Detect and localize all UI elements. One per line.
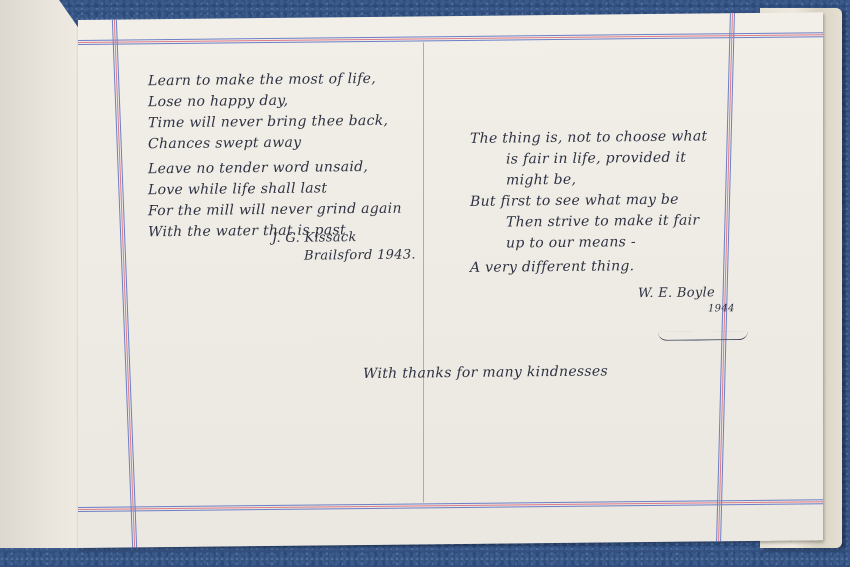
poem-line: But first to see what may be — [470, 191, 707, 214]
left-margin-rule — [112, 20, 138, 548]
footer-note: With thanks for many kindnesses — [363, 363, 608, 382]
poem-line: might be, — [470, 170, 707, 193]
center-rule — [423, 42, 424, 502]
poem-line: The thing is, not to choose what — [470, 128, 707, 151]
left-signature: J. G. Kissack — [272, 230, 357, 246]
poem-line: For the mill will never grind again — [148, 201, 402, 225]
right-margin-rule — [716, 13, 736, 541]
bottom-rule — [78, 499, 823, 513]
poem-line: Lose no happy day, — [148, 92, 402, 116]
right-poem: The thing is, not to choose what is fair… — [470, 128, 707, 280]
poem-line: A very different thing. — [470, 257, 707, 280]
left-facing-page — [0, 0, 82, 548]
poem-line: Learn to make the most of life, — [148, 71, 402, 95]
poem-line: Chances swept away — [148, 134, 402, 158]
right-signature: W. E. Boyle — [638, 285, 715, 301]
poem-line: up to our means - — [470, 233, 707, 256]
poem-line: is fair in life, provided it — [470, 149, 707, 172]
right-year: 1944 — [708, 303, 735, 314]
left-poem: Learn to make the most of life, Lose no … — [148, 71, 402, 246]
poem-line: Then strive to make it fair — [470, 212, 707, 235]
signature-flourish — [658, 331, 748, 341]
autograph-page: Learn to make the most of life, Lose no … — [78, 12, 823, 548]
poem-line: Time will never bring thee back, — [148, 113, 402, 137]
top-rule — [78, 32, 823, 46]
left-place-date: Brailsford 1943. — [304, 247, 416, 263]
poem-line: Leave no tender word unsaid, — [148, 159, 402, 183]
poem-line: Love while life shall last — [148, 180, 402, 204]
